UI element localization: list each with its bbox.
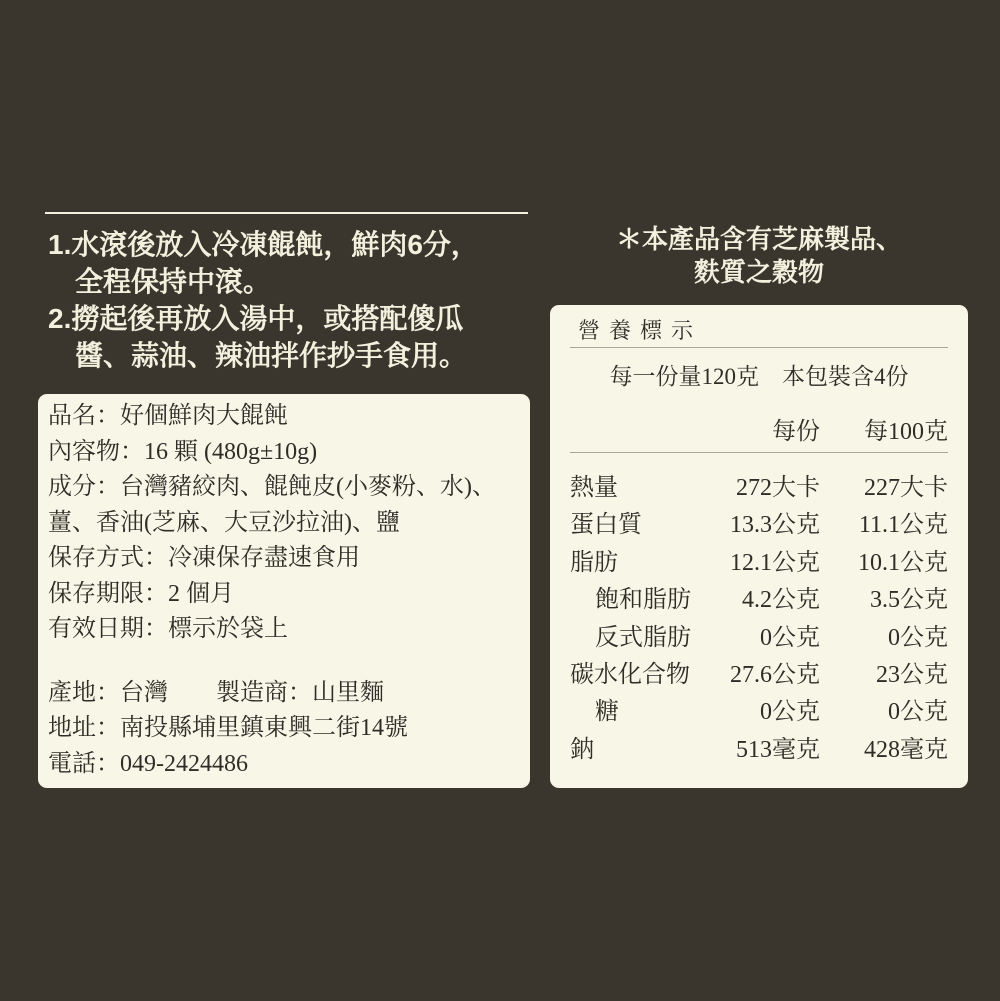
product-info-panel: 品名：好個鮮肉大餛飩 內容物：16 顆 (480g±10g) 成分：台灣豬絞肉、… [38, 394, 530, 788]
per-100g-column-header: 每100克 [820, 417, 948, 447]
nutrition-facts-panel: 營養標示 每一份量120克 本包裝含4份 每份 每100克 熱量 272大卡 2… [550, 305, 968, 788]
nutrition-row-trans-fat: 反式脂肪 0公克 0公克 [570, 620, 948, 657]
instruction-step-2-continued: 醬、蒜油、辣油拌作抄手食用。 [48, 337, 540, 374]
instruction-step-1: 1.水滾後放入冷凍餛飩，鮮肉6分， [48, 226, 540, 263]
nutrition-row-calories: 熱量 272大卡 227大卡 [570, 470, 948, 507]
expiry-date-line: 有效日期：標示於袋上 [48, 612, 520, 648]
ingredients-line-2: 薑、香油(芝麻、大豆沙拉油)、鹽 [48, 506, 520, 542]
nutrition-divider-top [570, 347, 948, 348]
instruction-step-1-continued: 全程保持中滾。 [48, 263, 540, 300]
product-name-line: 品名：好個鮮肉大餛飩 [48, 399, 520, 435]
nutrition-divider-middle [570, 452, 948, 453]
nutrient-label: 鈉 [570, 732, 693, 769]
nutrient-label: 熱量 [570, 470, 693, 507]
nutrition-row-fat: 脂肪 12.1公克 10.1公克 [570, 545, 948, 582]
per-serving-value: 13.3公克 [693, 507, 820, 544]
origin-manufacturer-line: 產地：台灣 製造商：山里麵 [48, 676, 520, 712]
instruction-step-2: 2.撈起後再放入湯中，或搭配傻瓜 [48, 300, 540, 337]
nutrition-row-saturated-fat: 飽和脂肪 4.2公克 3.5公克 [570, 582, 948, 619]
per-serving-column-header: 每份 [693, 417, 820, 447]
per-100g-value: 23公克 [820, 657, 948, 694]
allergen-note-line-1: ＊本產品含有芝麻製品、 [550, 223, 968, 256]
shelf-life-line: 保存期限：2 個月 [48, 577, 520, 613]
per-100g-value: 10.1公克 [820, 545, 948, 582]
package-label: { "colors": { "background": "#3a362e", "… [0, 0, 1000, 1001]
allergen-note-line-2: 麩質之穀物 [550, 256, 968, 289]
per-serving-value: 0公克 [693, 694, 820, 731]
storage-method-line: 保存方式：冷凍保存盡速食用 [48, 541, 520, 577]
product-info-spacer [48, 648, 520, 676]
instructions-divider-line [45, 212, 528, 214]
contents-line: 內容物：16 顆 (480g±10g) [48, 435, 520, 471]
per-100g-value: 3.5公克 [820, 582, 948, 619]
nutrition-column-headers: 每份 每100克 [570, 417, 948, 447]
per-100g-value: 0公克 [820, 620, 948, 657]
per-serving-value: 12.1公克 [693, 545, 820, 582]
nutrient-label: 蛋白質 [570, 507, 693, 544]
per-100g-value: 227大卡 [820, 470, 948, 507]
nutrient-label: 糖 [570, 694, 693, 731]
per-serving-value: 513毫克 [693, 732, 820, 769]
per-100g-value: 428毫克 [820, 732, 948, 769]
nutrient-label: 飽和脂肪 [570, 582, 693, 619]
per-serving-value: 4.2公克 [693, 582, 820, 619]
nutrient-label: 碳水化合物 [570, 657, 693, 694]
address-line: 地址：南投縣埔里鎮東興二街14號 [48, 711, 520, 747]
serving-size-line: 每一份量120克 本包裝含4份 [570, 362, 948, 392]
per-serving-value: 27.6公克 [693, 657, 820, 694]
cooking-instructions: 1.水滾後放入冷凍餛飩，鮮肉6分， 全程保持中滾。 2.撈起後再放入湯中，或搭配… [48, 226, 540, 374]
nutrition-table: 熱量 272大卡 227大卡 蛋白質 13.3公克 11.1公克 脂肪 12.1… [570, 470, 948, 769]
allergen-note: ＊本產品含有芝麻製品、 麩質之穀物 [550, 223, 968, 289]
nutrition-row-sodium: 鈉 513毫克 428毫克 [570, 732, 948, 769]
phone-line: 電話：049-2424486 [48, 747, 520, 783]
nutrition-row-protein: 蛋白質 13.3公克 11.1公克 [570, 507, 948, 544]
per-serving-value: 272大卡 [693, 470, 820, 507]
nutrient-label: 脂肪 [570, 545, 693, 582]
ingredients-line-1: 成分：台灣豬絞肉、餛飩皮(小麥粉、水)、 [48, 470, 520, 506]
nutrition-title: 營養標示 [570, 315, 948, 347]
nutrition-row-carbohydrate: 碳水化合物 27.6公克 23公克 [570, 657, 948, 694]
per-serving-value: 0公克 [693, 620, 820, 657]
nutrient-label: 反式脂肪 [570, 620, 693, 657]
nutrition-row-sugar: 糖 0公克 0公克 [570, 694, 948, 731]
per-100g-value: 0公克 [820, 694, 948, 731]
per-100g-value: 11.1公克 [820, 507, 948, 544]
